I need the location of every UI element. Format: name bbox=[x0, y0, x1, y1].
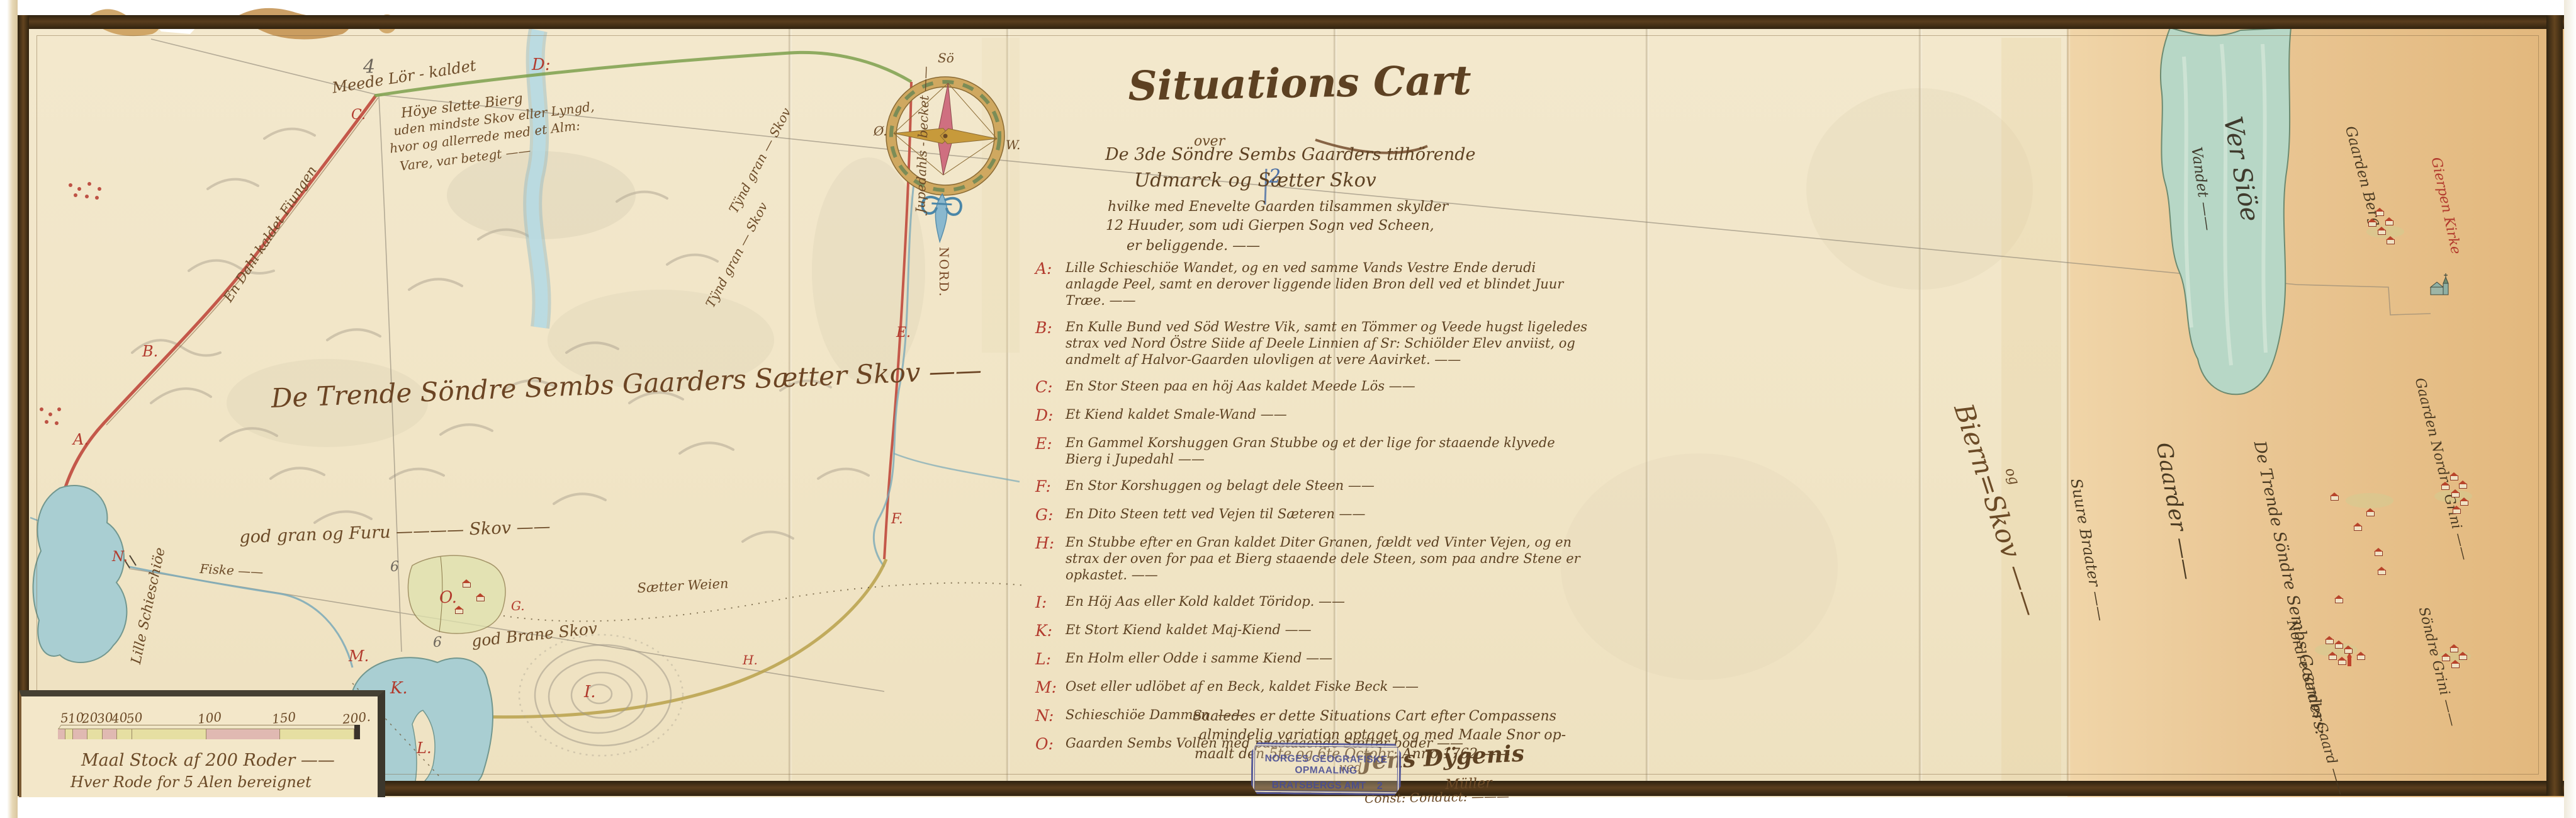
farm-house-icon bbox=[2450, 647, 2458, 652]
legend-letter: F: bbox=[1035, 477, 1066, 496]
scale-tick: 100 bbox=[197, 709, 222, 727]
mark-A: A. bbox=[73, 432, 89, 447]
farm-house-icon bbox=[2450, 475, 2458, 480]
legend-item-D: D:Et Kiend kaldet Smale-Wand —— bbox=[1035, 406, 1589, 424]
farm-house-icon bbox=[476, 596, 485, 601]
farm-house-icon bbox=[2375, 551, 2383, 556]
legend-item-C: C:En Stor Steen paa en höj Aas kaldet Me… bbox=[1035, 378, 1589, 396]
archive-stamp: NORGES GEOGRAFISKE OPMAALING BRATSBERGS … bbox=[1251, 742, 1402, 795]
farm-house-icon bbox=[2451, 492, 2460, 497]
scale-tick: 200. bbox=[342, 709, 371, 727]
legend-letter: L: bbox=[1035, 650, 1066, 668]
legend-letter: B: bbox=[1035, 319, 1066, 368]
legend-item-G: G:En Dito Steen tett ved Vejen til Sæter… bbox=[1035, 506, 1589, 524]
document-prose-1: hvilke med Enevelte Gaarden tilsammen sk… bbox=[1108, 200, 1448, 214]
stamp-line-1: NORGES GEOGRAFISKE OPMAALING bbox=[1253, 753, 1399, 777]
legend-letter: I: bbox=[1035, 593, 1066, 611]
farm-house-icon bbox=[2441, 485, 2449, 490]
legend-item-E: E:En Gammel Korshuggen Gran Stubbe og et… bbox=[1035, 435, 1589, 467]
legend-text: En Höj Aas eller Kold kaldet Töridop. —— bbox=[1066, 593, 1589, 611]
stamp-number: 2 bbox=[1377, 781, 1383, 792]
legend-item-L: L:En Holm eller Odde i samme Kiend —— bbox=[1035, 650, 1589, 668]
legend-text: En Stor Korshuggen og belagt dele Steen … bbox=[1066, 477, 1589, 496]
mark-M: M. bbox=[349, 649, 369, 664]
legend-letter: A: bbox=[1035, 259, 1066, 309]
farm-house-icon bbox=[2344, 649, 2353, 654]
farm-house-icon bbox=[455, 609, 463, 614]
farm-house-icon bbox=[2357, 655, 2365, 660]
legend-letter: D: bbox=[1035, 406, 1066, 424]
mark-F: F. bbox=[891, 513, 903, 526]
legend-letter: K: bbox=[1035, 622, 1066, 640]
mark-I: I. bbox=[584, 684, 596, 700]
legend-letter: H: bbox=[1035, 534, 1066, 583]
legend-item-M: M:Oset eller udlöbet af en Beck, kaldet … bbox=[1035, 678, 1589, 696]
document-subtitle-2: Udmarck og Sætter Skov bbox=[1134, 171, 1376, 190]
mark-O: O. bbox=[439, 589, 457, 606]
historical-map-scan: De Trende Söndre Sembs Gaarders Sætter S… bbox=[0, 0, 2576, 818]
legend-item-K: K:Et Stort Kiend kaldet Maj-Kiend —— bbox=[1035, 622, 1589, 640]
legend-item-A: A:Lille Schieschiöe Wandet, og en ved sa… bbox=[1035, 259, 1589, 309]
legend-letter: G: bbox=[1035, 506, 1066, 524]
farm-house-icon bbox=[2442, 656, 2450, 661]
map-frame-right bbox=[2546, 15, 2563, 796]
farm-house-icon bbox=[2460, 501, 2468, 506]
mark-N: N. bbox=[112, 550, 128, 564]
farm-house-icon bbox=[2378, 570, 2386, 575]
farm-house-icon bbox=[2453, 509, 2461, 514]
compass-label-south: Sö bbox=[938, 52, 954, 64]
mark-C: C. bbox=[351, 108, 366, 122]
farm-house-icon bbox=[2366, 511, 2375, 516]
farm-house-icon bbox=[2331, 496, 2339, 501]
legend-item-I: I:En Höj Aas eller Kold kaldet Töridop. … bbox=[1035, 593, 1589, 611]
page-number-pencil: 2 bbox=[1269, 168, 1281, 186]
compass-label-north: NORD. bbox=[938, 247, 950, 298]
mark-G: G. bbox=[511, 599, 525, 612]
farm-house-icon bbox=[2387, 239, 2395, 244]
legend-text: Oset eller udlöbet af en Beck, kaldet Fi… bbox=[1066, 678, 1589, 696]
document-prose-2: 12 Huuder, som udi Gierpen Sogn ved Sche… bbox=[1106, 219, 1434, 233]
legend-text: Lille Schieschiöe Wandet, og en ved samm… bbox=[1066, 259, 1589, 309]
farm-house-icon bbox=[2354, 526, 2362, 531]
legend-letter: M: bbox=[1035, 678, 1066, 696]
farm-house-icon bbox=[2459, 655, 2467, 660]
farm-house-icon bbox=[2459, 484, 2467, 489]
legend-letter: N: bbox=[1035, 707, 1066, 725]
legend-text: En Holm eller Odde i samme Kiend —— bbox=[1066, 650, 1589, 668]
mark-H: H. bbox=[743, 654, 758, 666]
mark-K: K. bbox=[390, 680, 408, 696]
farm-house-icon bbox=[463, 582, 471, 588]
farm-house-icon bbox=[2335, 644, 2343, 649]
scale-caption-1: Maal Stock af 200 Roder —— bbox=[81, 752, 335, 769]
fiske-beck-label: Fiske —— bbox=[200, 562, 264, 578]
scale-cartouche: 5 10 20 30 40 50 100 150 200. Maal Stock… bbox=[19, 690, 385, 797]
farm-house-icon bbox=[2335, 598, 2343, 603]
map-frame-top bbox=[18, 15, 2564, 29]
document-prose-3: er beliggende. —— bbox=[1127, 239, 1260, 253]
document-title: Situations Cart bbox=[1128, 60, 1471, 107]
legend-letter: C: bbox=[1035, 378, 1066, 396]
scale-bar-end-cap bbox=[354, 725, 360, 739]
legend-item-B: B:En Kulle Bund ved Söd Westre Vik, samt… bbox=[1035, 319, 1589, 368]
farm-house-icon bbox=[2338, 660, 2346, 665]
mark-D: D: bbox=[532, 57, 551, 73]
closing-line-1: Saaledes er dette Situations Cart efter … bbox=[1193, 708, 1556, 724]
document-subtitle-1: De 3de Söndre Sembs Gaarders tilhörende bbox=[1105, 146, 1476, 163]
legend-text: En Gammel Korshuggen Gran Stubbe og et d… bbox=[1066, 435, 1589, 467]
pencil-number-6a: 6 bbox=[390, 560, 399, 574]
legend-text: Et Stort Kiend kaldet Maj-Kiend —— bbox=[1066, 622, 1589, 640]
farm-house-icon bbox=[2368, 222, 2376, 227]
legend-text: En Stor Steen paa en höj Aas kaldet Meed… bbox=[1066, 378, 1589, 396]
legend-letter: O: bbox=[1035, 735, 1066, 753]
farm-house-icon bbox=[2385, 220, 2393, 225]
stamp-line-2: BRATSBERGS AMT bbox=[1272, 780, 1366, 792]
mark-E: E. bbox=[896, 326, 911, 340]
mark-B: B. bbox=[142, 344, 158, 359]
pencil-number-4: 4 bbox=[363, 58, 375, 77]
legend-item-H: H:En Stubbe efter en Gran kaldet Diter G… bbox=[1035, 534, 1589, 583]
farm-house-icon bbox=[2376, 211, 2384, 216]
scale-bar: 5 10 20 30 40 50 100 150 200. bbox=[58, 729, 354, 739]
legend-list: A:Lille Schieschiöe Wandet, og en ved sa… bbox=[1035, 259, 1589, 763]
farm-house-icon bbox=[2329, 655, 2337, 660]
pencil-number-6b: 6 bbox=[433, 636, 442, 650]
legend-text: En Dito Steen tett ved Vejen til Sæteren… bbox=[1066, 506, 1589, 524]
scale-tick: 50 bbox=[126, 710, 143, 727]
compass-label-west: W. bbox=[1006, 139, 1020, 151]
farm-house-icon bbox=[2378, 230, 2386, 235]
legend-text: En Kulle Bund ved Söd Westre Vik, samt e… bbox=[1066, 319, 1589, 368]
compass-label-east: Ø. bbox=[874, 125, 887, 137]
farm-house-icon bbox=[2451, 663, 2460, 668]
legend-letter: E: bbox=[1035, 435, 1066, 467]
legend-text: En Stubbe efter en Gran kaldet Diter Gra… bbox=[1066, 534, 1589, 583]
legend-item-F: F:En Stor Korshuggen og belagt dele Stee… bbox=[1035, 477, 1589, 496]
legend-text: Et Kiend kaldet Smale-Wand —— bbox=[1066, 406, 1589, 424]
mark-L: L. bbox=[417, 741, 432, 756]
map-frame-left bbox=[18, 15, 29, 796]
scale-caption-2: Hver Rode for 5 Alen bereignet bbox=[70, 775, 312, 790]
farm-house-icon bbox=[2326, 639, 2334, 644]
scale-tick: 150 bbox=[271, 709, 296, 727]
